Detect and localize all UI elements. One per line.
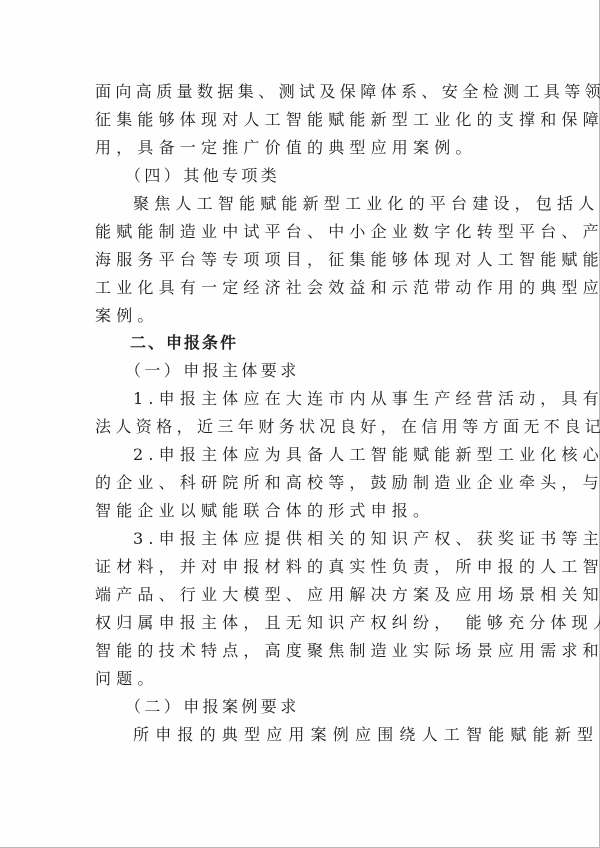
paragraph-continuation: 面向高质量数据集、测试及保障体系、安全检测工具等领域， 征集能够体现对人工智能赋… (95, 78, 515, 162)
paragraph-requirement-3: 3.申报主体应提供相关的知识产权、获奖证书等主要佐 证材料，并对申报材料的真实性… (95, 525, 515, 693)
text-line: 案例。 (95, 302, 515, 330)
text-line: 用，具备一定推广价值的典型应用案例。 (95, 134, 515, 162)
text-line: 问题。 (95, 665, 515, 693)
text-line: 聚焦人工智能赋能新型工业化的平台建设，包括人工智 (95, 190, 515, 218)
section-heading-application-conditions: 二、申报条件 (95, 329, 515, 357)
paragraph-case-requirements: 所申报的典型应用案例应围绕人工智能赋能新型工业 (95, 721, 515, 749)
paragraph-requirement-2: 2.申报主体应为具备人工智能赋能新型工业化核心能力 的企业、科研院所和高校等，鼓… (95, 441, 515, 525)
text-line: 端产品、行业大模型、应用解决方案及应用场景相关知识产 (95, 581, 515, 609)
text-line: 征集能够体现对人工智能赋能新型工业化的支撑和保障作 (95, 106, 515, 134)
text-line: 工业化具有一定经济社会效益和示范带动作用的典型应用 (95, 274, 515, 302)
paragraph-platform-building: 聚焦人工智能赋能新型工业化的平台建设，包括人工智 能赋能制造业中试平台、中小企业… (95, 190, 515, 330)
text-line: 面向高质量数据集、测试及保障体系、安全检测工具等领域， (95, 78, 515, 106)
subheading-applicant-requirements: （一）申报主体要求 (95, 357, 515, 385)
text-line: 权归属申报主体，且无知识产权纠纷， 能够充分体现人工 (95, 609, 515, 637)
paragraph-requirement-1: 1.申报主体应在大连市内从事生产经营活动，具有独立 法人资格，近三年财务状况良好… (95, 385, 515, 441)
subheading-case-requirements: （二）申报案例要求 (95, 693, 515, 721)
text-line: 1.申报主体应在大连市内从事生产经营活动，具有独立 (95, 385, 515, 413)
text-line: 智能的技术特点，高度聚焦制造业实际场景应用需求和重点 (95, 637, 515, 665)
text-line: 证材料，并对申报材料的真实性负责，所申报的人工智能终 (95, 553, 515, 581)
document-body: 面向高质量数据集、测试及保障体系、安全检测工具等领域， 征集能够体现对人工智能赋… (95, 78, 515, 749)
text-line: 2.申报主体应为具备人工智能赋能新型工业化核心能力 (95, 441, 515, 469)
text-line: 能赋能制造业中试平台、中小企业数字化转型平台、产业出 (95, 218, 515, 246)
subheading-other-special: （四）其他专项类 (95, 162, 515, 190)
text-line: 法人资格，近三年财务状况良好，在信用等方面无不良记录。 (95, 413, 515, 441)
text-line: 3.申报主体应提供相关的知识产权、获奖证书等主要佐 (95, 525, 515, 553)
text-line: 所申报的典型应用案例应围绕人工智能赋能新型工业 (95, 721, 515, 749)
text-line: 的企业、科研院所和高校等，鼓励制造业企业牵头，与人工 (95, 469, 515, 497)
text-line: 智能企业以赋能联合体的形式申报。 (95, 497, 515, 525)
text-line: 海服务平台等专项项目，征集能够体现对人工智能赋能新型 (95, 246, 515, 274)
document-page: 面向高质量数据集、测试及保障体系、安全检测工具等领域， 征集能够体现对人工智能赋… (0, 0, 600, 848)
